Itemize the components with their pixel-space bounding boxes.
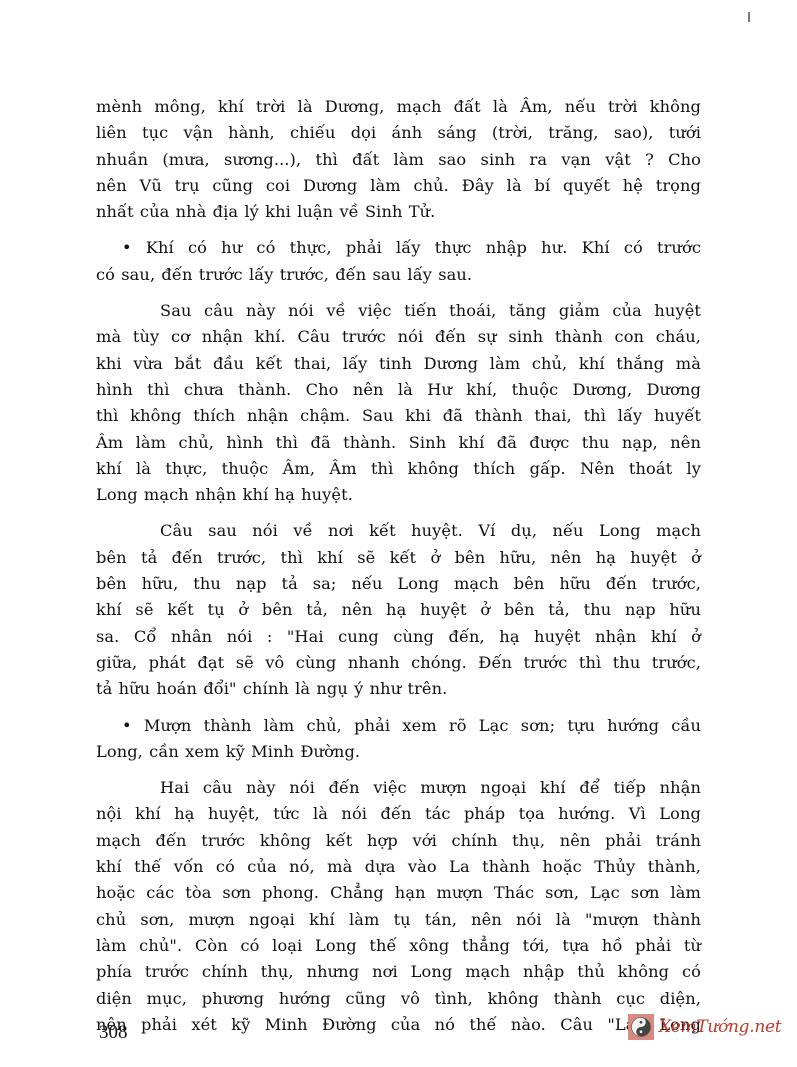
text-line: mènh mông, khí trời là Dương, mạch đất l… bbox=[96, 94, 701, 120]
text-line: Long mạch nhận khí hạ huyệt. bbox=[96, 482, 701, 508]
text-line: phía trước chính thụ, nhưng nơi Long mạc… bbox=[96, 959, 701, 985]
text-line: sa. Cổ nhân nói : "Hai cung cùng đến, hạ… bbox=[96, 624, 701, 650]
text-line: Long, cần xem kỹ Minh Đường. bbox=[96, 739, 701, 765]
text-line: nhuần (mưa, sương...), thì đất làm sao s… bbox=[96, 147, 701, 173]
text-line: • Mượn thành làm chủ, phải xem rõ Lạc sơ… bbox=[96, 713, 701, 739]
page-body: mènh mông, khí trời là Dương, mạch đất l… bbox=[96, 94, 701, 1038]
text-line: hình thì chưa thành. Cho nên là Hư khí, … bbox=[96, 377, 701, 403]
page-edge-mark bbox=[748, 12, 750, 22]
text-line: khí là thực, thuộc Âm, Âm thì không thíc… bbox=[96, 456, 701, 482]
text-line: nội khí hạ huyệt, tức là nói đến tác phá… bbox=[96, 801, 701, 827]
text-line: Sau câu này nói về việc tiến thoái, tăng… bbox=[96, 298, 701, 324]
text-line: nhất của nhà địa lý khi luận về Sinh Tử. bbox=[96, 199, 701, 225]
text-line: diện mục, phương hướng cũng vô tình, khô… bbox=[96, 986, 701, 1012]
watermark-logo: XemTướng.net bbox=[628, 1014, 781, 1040]
paragraph-bullet-quote: • Khí có hư có thực, phải lấy thực nhập … bbox=[96, 235, 701, 288]
text-line: nên Vũ trụ cũng coi Dương làm chủ. Đây l… bbox=[96, 173, 701, 199]
text-line: khi vừa bắt đầu kết thai, lấy tinh Dương… bbox=[96, 351, 701, 377]
text-line: nên phải xét kỹ Minh Đường của nó thế nà… bbox=[96, 1012, 701, 1038]
text-line: mà tùy cơ nhận khí. Câu trước nói đến sự… bbox=[96, 324, 701, 350]
paragraph-body: Sau câu này nói về việc tiến thoái, tăng… bbox=[96, 298, 701, 508]
text-line: Câu sau nói về nơi kết huyệt. Ví dụ, nếu… bbox=[96, 518, 701, 544]
paragraph-bullet-quote: • Mượn thành làm chủ, phải xem rõ Lạc sơ… bbox=[96, 713, 701, 766]
text-line: khí sẽ kết tụ ở bên tả, nên hạ huyệt ở b… bbox=[96, 597, 701, 623]
paragraph-continuation: mènh mông, khí trời là Dương, mạch đất l… bbox=[96, 94, 701, 225]
text-line: • Khí có hư có thực, phải lấy thực nhập … bbox=[96, 235, 701, 261]
text-line: chủ sơn, mượn ngoại khí làm tụ tán, nên … bbox=[96, 907, 701, 933]
text-line: thì không thích nhận chậm. Sau khi đã th… bbox=[96, 403, 701, 429]
text-line: tả hữu hoán đổi" chính là ngụ ý như trên… bbox=[96, 676, 701, 702]
page-number: 308 bbox=[99, 1022, 128, 1044]
watermark-text: XemTướng.net bbox=[659, 1017, 781, 1037]
text-line: giữa, phát đạt sẽ vô cùng nhanh chóng. Đ… bbox=[96, 650, 701, 676]
text-line: có sau, đến trước lấy trước, đến sau lấy… bbox=[96, 262, 701, 288]
yin-yang-icon bbox=[628, 1014, 654, 1040]
text-line: bên tả đến trước, thì khí sẽ kết ở bên h… bbox=[96, 545, 701, 571]
paragraph-body: Hai câu này nói đến việc mượn ngoại khí … bbox=[96, 775, 701, 1038]
text-line: Hai câu này nói đến việc mượn ngoại khí … bbox=[96, 775, 701, 801]
text-line: Âm làm chủ, hình thì đã thành. Sinh khí … bbox=[96, 430, 701, 456]
text-line: hoặc các tòa sơn phong. Chẳng hạn mượn T… bbox=[96, 880, 701, 906]
paragraph-body: Câu sau nói về nơi kết huyệt. Ví dụ, nếu… bbox=[96, 518, 701, 702]
text-line: khí thế vốn có của nó, mà dựa vào La thà… bbox=[96, 854, 701, 880]
text-line: làm chủ". Còn có loại Long thế xông thẳn… bbox=[96, 933, 701, 959]
text-line: mạch đến trước không kết hợp với chính t… bbox=[96, 828, 701, 854]
text-line: liên tục vận hành, chiếu dọi ánh sáng (t… bbox=[96, 120, 701, 146]
text-line: bên hữu, thu nạp tả sa; nếu Long mạch bê… bbox=[96, 571, 701, 597]
